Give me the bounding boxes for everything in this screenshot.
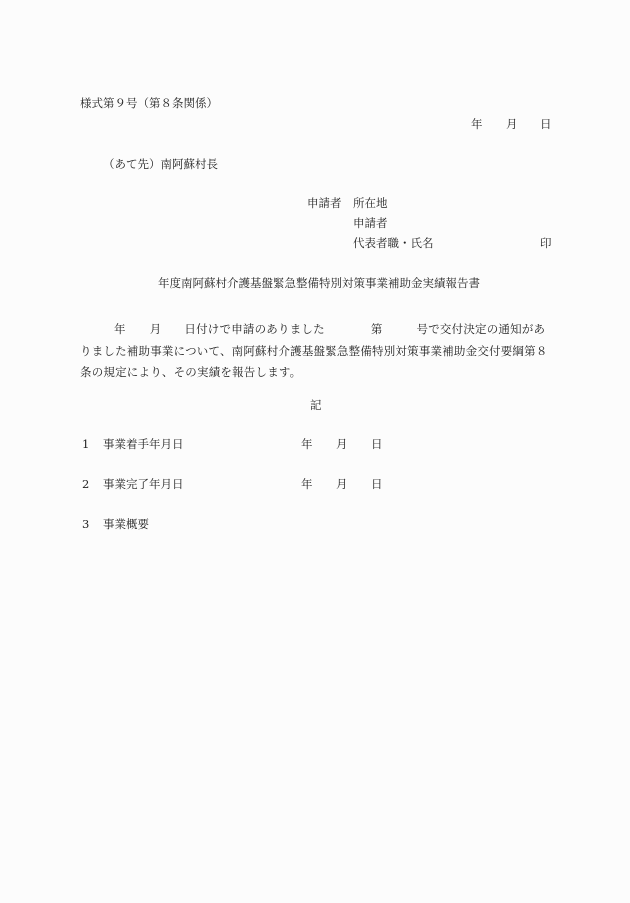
representative-label: 代表者職・氏名: [353, 238, 434, 250]
body-paragraph: 年月日付けで申請のありました第号で交付決定の通知があ りました補助事業について、…: [80, 319, 552, 384]
applicant-label: 申請者: [307, 198, 342, 210]
addressee: （あて先）南阿蘇村長: [103, 159, 218, 171]
body-number-suffix: 号で交付決定の通知があ: [417, 322, 546, 336]
note-heading: 記: [310, 400, 322, 412]
seal-mark: 印: [540, 238, 552, 250]
item-number: 3: [82, 519, 89, 531]
item-label: 事業着手年月日: [103, 439, 184, 451]
document-title: 年度南阿蘇村介護基盤緊急整備特別対策事業補助金実績報告書: [158, 278, 480, 290]
applicant-name-label: 申請者: [353, 218, 388, 230]
address-label: 所在地: [353, 198, 388, 210]
date-year: 年: [471, 119, 483, 131]
date-month: 月: [506, 119, 518, 131]
item-number: 1: [82, 439, 89, 451]
body-line-2: りました補助事業について、南阿蘇村介護基盤緊急整備特別対策事業補助金交付要綱第８: [80, 344, 548, 358]
item-month: 月: [336, 439, 348, 451]
body-line-3: 条の規定により、その実績を報告します。: [80, 365, 301, 379]
item-year: 年: [301, 439, 313, 451]
body-day-text: 日付けで申請のありました: [184, 322, 324, 336]
item-month: 月: [336, 479, 348, 491]
item-day: 日: [371, 439, 383, 451]
item-year: 年: [301, 479, 313, 491]
date-day: 日: [540, 119, 552, 131]
item-label: 事業概要: [103, 519, 149, 531]
item-label: 事業完了年月日: [103, 479, 184, 491]
item-day: 日: [371, 479, 383, 491]
item-number: 2: [82, 479, 89, 491]
form-number: 様式第９号（第８条関係）: [80, 98, 218, 110]
body-year: 年: [114, 322, 126, 336]
body-month: 月: [150, 322, 162, 336]
body-number-prefix: 第: [371, 322, 383, 336]
